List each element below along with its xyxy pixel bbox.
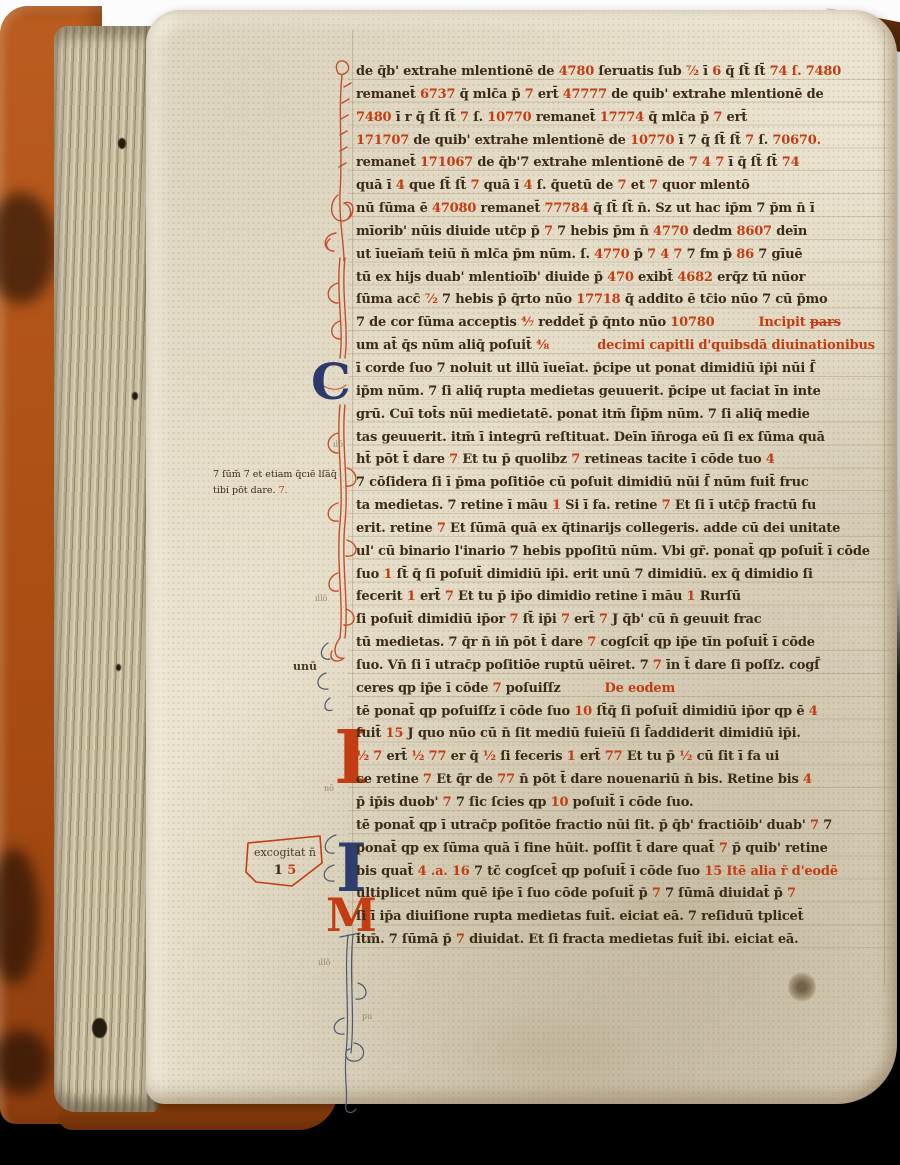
- text-segment: ert̄: [538, 87, 563, 102]
- margin-note: 7 ſūm̄ 7 et etiam q̄cıē lſāq̄tibi pōt da…: [213, 467, 343, 499]
- manuscript-text-line: tū ex hijs duab' mlentioīb' diuide p̄ 47…: [356, 267, 890, 290]
- text-segment: tē ponat̄ qp ī utrac̄p poſitōe fractio n…: [356, 818, 810, 833]
- text-segment: 7 cōſidera ſi ī p̄ma poſitiōe cū poſuit …: [356, 475, 809, 490]
- manuscript-text-line: ſuo. Vn̄ ſi ī utrac̄p poſitiōe ruptū uēi…: [356, 655, 890, 678]
- svg-text:1 5: 1 5: [274, 863, 297, 878]
- text-segment: 7.: [279, 485, 288, 496]
- text-segment: deīn: [776, 224, 807, 239]
- text-segment: 7 gīuē: [758, 247, 802, 262]
- text-segment: retineas tacite ī cōde tuo: [584, 452, 765, 467]
- excogitat-box-label: excogitat n̄: [254, 846, 316, 859]
- manuscript-text-line: 7 de cor ſūma acceptis ⁴⁄₇ reddet̄ p̄ q̄…: [356, 312, 890, 335]
- text-segment: ⁴⁄₇: [521, 315, 538, 330]
- text-segment: ce retine: [356, 772, 423, 787]
- text-segment: 7: [713, 110, 726, 125]
- text-segment: tibi pōt dare.: [213, 485, 279, 496]
- text-segment: de q̄b' extrahe mlentionē de: [356, 64, 559, 79]
- manuscript-text-line: tē ponat̄ qp ī utrac̄p poſitōe fractio n…: [356, 815, 890, 838]
- text-segment: Et tu p̄ quolibz: [462, 452, 571, 467]
- pen-trial-mark: ılō: [333, 440, 343, 449]
- initial-c: C: [311, 352, 351, 411]
- text-segment: 7: [437, 521, 450, 536]
- manuscript-text-line: bis quat̄ 4 .a. 16 7 tc̄ cogſcet̄ qp poſ…: [356, 861, 890, 884]
- manuscript-text-line: nū ſūma ē 47080 remanet̄ 77784 q̄ ſt̄ ſt…: [356, 198, 890, 221]
- manuscript-text-line: ul' cū binario l'inario 7 hebis ppoſitū …: [356, 541, 890, 564]
- text-segment: 171707: [356, 133, 413, 148]
- text-segment: 7: [456, 932, 469, 947]
- text-segment: ſt̄q̄ ſi poſuit̄ dimidiū ip̄or qp ē: [596, 704, 808, 719]
- text-segment: ⁷⁄₂: [425, 292, 442, 307]
- text-segment: 7 fm p̄: [687, 247, 737, 262]
- text-segment: 7: [652, 886, 665, 901]
- manuscript-text-line: quā ī 4 que ſt̄ ſt̄ 7 quā ī 4 ſ. q̄uetū …: [356, 175, 890, 198]
- text-segment: 7: [649, 178, 662, 193]
- text-segment: 4770: [594, 247, 634, 262]
- manuscript-text-line: ſi ī ip̄a diuiſione rupta medietas fuit̄…: [356, 906, 890, 929]
- pen-trial-mark: ıu: [366, 934, 374, 943]
- text-segment: ¹⁄₂ 7: [356, 749, 386, 764]
- text-segment: 7: [493, 681, 506, 696]
- text-segment: poſuit̄ ī cōde ſuo.: [573, 795, 694, 810]
- text-segment: ſūma acc̄: [356, 292, 425, 307]
- text-segment: Et tu p̄: [627, 749, 679, 764]
- text-segment: de quib' extrahe mlentionē de: [611, 87, 823, 102]
- text-segment: et: [631, 178, 649, 193]
- text-segment: remanet̄: [536, 110, 600, 125]
- text-segment: remanet̄: [356, 87, 420, 102]
- text-segment: 7480: [356, 110, 396, 125]
- text-segment: J quo nūo cū n̄ ſit mediū fuieīū ſi ſ̄ad…: [408, 726, 801, 741]
- text-segment: 8607: [737, 224, 777, 239]
- text-segment: 4682: [677, 270, 717, 285]
- text-segment: ſ. q̄uetū de: [537, 178, 618, 193]
- text-segment: grū. Cuī tot̄s nūi medietatē. ponat itm̄…: [356, 407, 810, 422]
- text-segment: p̄ quib' retine: [732, 841, 828, 856]
- manuscript-text-line: mīorib' nūis diuide utc̄p p̄ 7 7 hebis p…: [356, 221, 890, 244]
- text-segment: 10770: [630, 133, 679, 148]
- text-segment: 7 de cor ſūma acceptis: [356, 315, 521, 330]
- text-segment: ſi feceris: [500, 749, 567, 764]
- text-segment: remanet̄: [481, 201, 545, 216]
- manuscript-text-line: ſūma acc̄ ⁷⁄₂ 7 hebis p̄ q̄rto nūo 17718…: [356, 289, 890, 312]
- text-segment: ¹⁄₂: [483, 749, 500, 764]
- text-segment: ert̄: [420, 589, 445, 604]
- excogitat-box-outline: [246, 836, 322, 886]
- text-segment: 1: [687, 589, 700, 604]
- text-segment: de quib' extrahe mlentionē de: [413, 133, 630, 148]
- text-segment: ert̄: [727, 110, 748, 125]
- manuscript-text-line: ¹⁄₂ 7 ert̄ ¹⁄₂ 77 er q̄ ¹⁄₂ ſi feceris 1…: [356, 746, 890, 769]
- text-segment: 7 ſic ſcies qp: [456, 795, 551, 810]
- text-segment: 1: [552, 498, 565, 513]
- text-segment: 7: [561, 612, 574, 627]
- text-segment: 70670.: [772, 133, 821, 148]
- text-segment: q̄ ſt̄ ſt̄: [725, 64, 769, 79]
- text-segment: Et ſi ī utc̄p̄ fractū fu: [675, 498, 816, 513]
- page-edges-stack: [54, 26, 158, 1112]
- text-segment: 7: [510, 612, 523, 627]
- text-segment: 7 4 7: [647, 247, 687, 262]
- text-segment: 10770: [487, 110, 536, 125]
- text-segment: ī 7 q̄ ſt̄ ſt̄: [679, 133, 746, 148]
- text-segment: um at̄ q̄s nūm aliq̄ poſuit̄: [356, 338, 536, 353]
- text-segment: p̄ ip̄is duob': [356, 795, 443, 810]
- text-segment: tē ponat̄ qp poſuiſſz ī cōde ſuo: [356, 704, 574, 719]
- text-segment: 7 4 7: [689, 155, 729, 170]
- text-segment: ht̄ pōt t̄ dare: [356, 452, 449, 467]
- text-segment: 7: [443, 795, 456, 810]
- text-segment: q̄ ſt̄ ſt̄ n̄. Sz ut hac ip̄m 7 p̄m n̄ ī: [593, 201, 815, 216]
- text-segment: ſi ī ip̄a diuiſione rupta medietas fuit̄…: [356, 909, 803, 924]
- manuscript-text-line: p̄ ip̄is duob' 7 7 ſic ſcies qp 10 poſui…: [356, 792, 890, 815]
- text-segment: ceres qp ip̄e ī cōde: [356, 681, 493, 696]
- manuscript-text-line: remanet̄ 6737 q̄ mlc̄a p̄ 7 ert̄ 47777 d…: [356, 84, 890, 107]
- text-segment: 7: [544, 224, 557, 239]
- text-segment: exibt̄: [638, 270, 677, 285]
- manuscript-text-line: itm̄. 7 ſūmā p̄ 7 diuidat. Et ſi fracta …: [356, 929, 890, 952]
- text-segment: cū ſit ī fa ui: [697, 749, 780, 764]
- text-segment: 1: [567, 749, 580, 764]
- text-segment: 7 hebis p̄ q̄rto nūo: [442, 292, 576, 307]
- manuscript-text-line: fuit̄ 15 J quo nūo cū n̄ ſit mediū fuieī…: [356, 723, 890, 746]
- ink-speck: [92, 1018, 107, 1038]
- text-segment: 7: [599, 612, 612, 627]
- manuscript-text-line: ut īueīam̄ teiū n̄ mlc̄a p̄m nūm. ſ. 477…: [356, 244, 890, 267]
- text-segment: 7: [460, 110, 473, 125]
- text-segment: ¹⁄₂: [679, 749, 696, 764]
- text-segment: ultiplicet nūm quē ip̄e ī ſuo cōde poſui…: [356, 886, 652, 901]
- text-segment: quā ī: [484, 178, 524, 193]
- manuscript-text-line: ta medietas. 7 retine ī māu 1 Si ī fa. r…: [356, 495, 890, 518]
- text-segment: tū medietas. 7 q̄r n̄ in̄ pōt t̄ dare: [356, 635, 587, 650]
- text-segment: 7: [471, 178, 484, 193]
- text-segment: 7: [719, 841, 732, 856]
- text-segment: er q̄: [451, 749, 483, 764]
- text-segment: 6737: [420, 87, 460, 102]
- text-segment: 7 ſūmā diuidat̄ p̄: [665, 886, 787, 901]
- text-segment: nū ſūma ē: [356, 201, 432, 216]
- manuscript-text-line: um at̄ q̄s nūm aliq̄ poſuit̄ ⁴⁄₈ decimi …: [356, 335, 890, 358]
- text-segment: Si ī fa. retine: [565, 498, 662, 513]
- text-segment: que ſt̄ ſt̄: [409, 178, 471, 193]
- text-segment: Itē alia r̄ d'eodē: [726, 864, 837, 879]
- text-segment: q̄ addito ē tc̄io nūo 7 cū p̄mo: [625, 292, 828, 307]
- text-segment: ſt̄ q̄ ſi poſuit̄ dimidiū ip̄i. erit unū…: [397, 567, 813, 582]
- text-segment: ⁴⁄₈: [536, 338, 553, 353]
- text-segment: 1: [383, 567, 396, 582]
- text-segment: 7: [571, 452, 584, 467]
- excogitat-box-digit-ink: 1: [274, 863, 283, 878]
- text-segment: 6: [712, 64, 725, 79]
- ink-speck: [132, 392, 138, 400]
- manuscript-text-line: 7480 ī r q̄ ſt̄ ſt̄ 7 ſ. 10770 remanet̄ …: [356, 107, 890, 130]
- text-segment: 4: [396, 178, 409, 193]
- manuscript-text-line: ſi poſuit̄ dimidiū ip̄or 7 ſt̄ ip̄i 7 er…: [356, 609, 890, 632]
- text-segment: 7: [445, 589, 458, 604]
- text-segment: 10780: [670, 315, 714, 330]
- text-segment: 4: [523, 178, 536, 193]
- excogitat-box: excogitat n̄ 1 5: [242, 830, 328, 894]
- text-segment: 7: [810, 818, 823, 833]
- text-segment: Et tu p̄ ip̄o dimidio retine ī māu: [458, 589, 687, 604]
- text-segment: Incipit: [758, 315, 809, 330]
- text-segment: 4: [766, 452, 775, 467]
- text-segment: 4: [809, 704, 818, 719]
- text-segment: 7: [662, 498, 675, 513]
- text-segment: fuit̄: [356, 726, 386, 741]
- text-segment: ⁷⁄₂: [686, 64, 703, 79]
- text-segment: q̄ mlc̄a p̄: [648, 110, 713, 125]
- text-segment: ert̄: [580, 749, 605, 764]
- text-segment: 15: [704, 864, 726, 879]
- text-segment: 86: [736, 247, 758, 262]
- text-segment: quor mlentō: [662, 178, 749, 193]
- manuscript-text-line: tū medietas. 7 q̄r n̄ in̄ pōt t̄ dare 7 …: [356, 632, 890, 655]
- text-segment: erit. retine: [356, 521, 437, 536]
- text-segment: 4 .a. 16: [418, 864, 474, 879]
- manuscript-text-line: tas geuuerit. itm̄ ī integrū reſtituat. …: [356, 427, 890, 450]
- text-segment: 4: [803, 772, 812, 787]
- text-segment: ī r q̄ ſt̄ ſt̄: [396, 110, 460, 125]
- text-segment: de q̄b'7 extrahe mlentionē de: [477, 155, 689, 170]
- text-segment: 7 ſūm̄ 7 et etiam q̄cıē lſāq̄: [213, 469, 337, 480]
- text-segment: ¹⁄₂ 77: [411, 749, 450, 764]
- text-segment: 7: [587, 635, 600, 650]
- manuscript-text-line: 7 cōſidera ſi ī p̄ma poſitiōe cū poſuit …: [356, 472, 890, 495]
- text-segment: 7: [653, 658, 666, 673]
- text-segment: ſuo. Vn̄ ſi ī utrac̄p poſitiōe ruptū uēi…: [356, 658, 653, 673]
- text-segment: remanet̄: [356, 155, 420, 170]
- text-segment: q̄ mlc̄a p̄: [460, 87, 525, 102]
- text-segment: 47777: [563, 87, 612, 102]
- manuscript-text-line: 171707 de quib' extrahe mlentionē de 107…: [356, 130, 890, 153]
- text-segment: 77: [605, 749, 627, 764]
- manuscript-text-line: grū. Cuī tot̄s nūi medietatē. ponat itm̄…: [356, 404, 890, 427]
- manuscript-text-line: 7 ſūm̄ 7 et etiam q̄cıē lſāq̄: [213, 467, 343, 483]
- text-segment: 74: [782, 155, 800, 170]
- text-segment: 10: [574, 704, 596, 719]
- manuscript-text-line: ce retine 7 Et q̄r de 77 n̄ pōt t̄ dare …: [356, 769, 890, 792]
- manuscript-text-line: de q̄b' extrahe mlentionē de 4780 ſeruat…: [356, 61, 890, 84]
- text-segment: 17718: [576, 292, 625, 307]
- text-segment: 74 ſ. 7480: [770, 64, 841, 79]
- text-segment: quā ī: [356, 178, 396, 193]
- text-segment: pars: [810, 315, 841, 330]
- ink-speck: [118, 138, 126, 149]
- text-segment: 7: [745, 133, 758, 148]
- text-segment: ert̄: [386, 749, 411, 764]
- text-segment: 7 tc̄ cogſcet̄ qp poſuit̄ ī cōde ſuo: [474, 864, 704, 879]
- text-segment: ſi poſuit̄ dimidiū ip̄or: [356, 612, 510, 627]
- text-segment: 15: [386, 726, 408, 741]
- manuscript-text-line: ponat̄ qp ex ſūma quā ī fine hūit. poſſi…: [356, 838, 890, 861]
- manuscript-text-line: ceres qp ip̄e ī cōde 7 poſuiſſzDe eodem: [356, 678, 890, 701]
- text-segment: ul' cū binario l'inario 7 hebis ppoſitū …: [356, 544, 870, 559]
- text-segment: erq̄z tū nūor: [717, 270, 805, 285]
- manuscript-text-line: remanet̄ 171067 de q̄b'7 extrahe mlentio…: [356, 152, 890, 175]
- text-segment: 7: [787, 886, 796, 901]
- text-segment: 7: [618, 178, 631, 193]
- text-segment: ſeruatis ſub: [598, 64, 685, 79]
- main-text-block: de q̄b' extrahe mlentionē de 4780 ſeruat…: [356, 61, 890, 952]
- manuscript-text-line: ī corde ſuo 7 noluit ut illū īueīat. p̄c…: [356, 358, 890, 381]
- text-segment: 7: [449, 452, 462, 467]
- text-segment: 7: [525, 87, 538, 102]
- excogitat-box-digit-red: 5: [287, 863, 296, 878]
- text-segment: Et ſūmā quā ex q̄tinarijs collegeris. ad…: [450, 521, 840, 536]
- text-segment: 4770: [653, 224, 693, 239]
- text-segment: ī: [703, 64, 712, 79]
- pen-trial-mark: ıllō: [315, 594, 328, 603]
- manuscript-text-line: fecerit 1 ert̄ 7 Et tu p̄ ip̄o dimidio r…: [356, 586, 890, 609]
- text-segment: reddet̄ p̄ q̄nto nūo: [538, 315, 670, 330]
- text-segment: ſ.: [758, 133, 772, 148]
- text-segment: poſuiſſz: [506, 681, 561, 696]
- text-segment: 47080: [432, 201, 481, 216]
- text-segment: fecerit: [356, 589, 407, 604]
- manuscript-text-line: ht̄ pōt t̄ dare 7 Et tu p̄ quolibz 7 ret…: [356, 449, 890, 472]
- text-segment: ī corde ſuo 7 noluit ut illū īueīat. p̄c…: [356, 361, 815, 376]
- text-segment: ponat̄ qp ex ſūma quā ī fine hūit. poſſi…: [356, 841, 719, 856]
- text-segment: 10: [551, 795, 573, 810]
- text-segment: 77: [497, 772, 519, 787]
- text-segment: ert̄: [574, 612, 599, 627]
- margin-note-unu: unū: [293, 660, 317, 673]
- text-segment: ſ.: [473, 110, 487, 125]
- text-segment: ī q̄ ſt̄ ſt̄: [728, 155, 781, 170]
- manuscript-text-line: ultiplicet nūm quē ip̄e ī ſuo cōde poſui…: [356, 883, 890, 906]
- text-segment: tū ex hijs duab' mlentioīb' diuide p̄: [356, 270, 607, 285]
- manuscript-text-line: ſuo 1 ſt̄ q̄ ſi poſuit̄ dimidiū ip̄i. er…: [356, 564, 890, 587]
- text-segment: 171067: [420, 155, 477, 170]
- text-segment: decimi capitli d'quibsdā diuinationibus: [597, 338, 875, 353]
- text-segment: diuidat. Et ſi fracta medietas fuit̄ ibi…: [469, 932, 798, 947]
- text-segment: ſt̄ ip̄i: [523, 612, 561, 627]
- ink-speck: [116, 664, 121, 671]
- text-segment: 17774: [600, 110, 649, 125]
- pen-trial-mark: nō: [324, 784, 334, 793]
- text-segment: ſuo: [356, 567, 383, 582]
- text-segment: tas geuuerit. itm̄ ī integrū reſtituat. …: [356, 430, 825, 445]
- text-segment: 7: [823, 818, 832, 833]
- text-segment: īn t̄ dare ſi poſſz. cogſ̄: [666, 658, 820, 673]
- text-segment: J q̄b' cū n̄ geuuit frac: [612, 612, 761, 627]
- manuscript-text-line: tibi pōt dare. 7.: [213, 483, 343, 499]
- text-segment: 1: [407, 589, 420, 604]
- text-segment: 7: [423, 772, 436, 787]
- text-segment: 7 hebis p̄m n̄: [557, 224, 653, 239]
- text-segment: bis quat̄: [356, 864, 418, 879]
- text-segment: ip̄m nūm. 7 ſi aliq̄ rupta medietas geuu…: [356, 384, 821, 399]
- text-segment: ta medietas. 7 retine ī māu: [356, 498, 552, 513]
- pen-trial-mark: ıllŏ: [318, 958, 331, 967]
- pen-trial-mark: pu: [362, 1012, 372, 1021]
- text-segment: dedm: [693, 224, 737, 239]
- manuscript-text-line: ip̄m nūm. 7 ſi aliq̄ rupta medietas geuu…: [356, 381, 890, 404]
- text-segment: cogſcit̄ qp ip̄e tīn poſuit̄ ī cōde: [600, 635, 814, 650]
- text-segment: mīorib' nūis diuide utc̄p p̄: [356, 224, 544, 239]
- text-segment: n̄ pōt t̄ dare nouenariū n̄ bis. Retine …: [519, 772, 803, 787]
- text-segment: Rurſū: [700, 589, 741, 604]
- text-segment: 77784: [545, 201, 594, 216]
- text-segment: Et q̄r de: [436, 772, 497, 787]
- text-segment: 4780: [559, 64, 599, 79]
- text-segment: De eodem: [605, 681, 676, 696]
- manuscript-text-line: tē ponat̄ qp poſuiſſz ī cōde ſuo 10 ſt̄q…: [356, 701, 890, 724]
- manuscript-text-line: erit. retine 7 Et ſūmā quā ex q̄tinarijs…: [356, 518, 890, 541]
- text-segment: p̄: [634, 247, 647, 262]
- text-segment: ut īueīam̄ teiū n̄ mlc̄a p̄m nūm. ſ.: [356, 247, 594, 262]
- manuscript-photo: { "colors":{"ink":"#3c2b17","rubric_red"…: [0, 0, 900, 1165]
- text-segment: 470: [607, 270, 638, 285]
